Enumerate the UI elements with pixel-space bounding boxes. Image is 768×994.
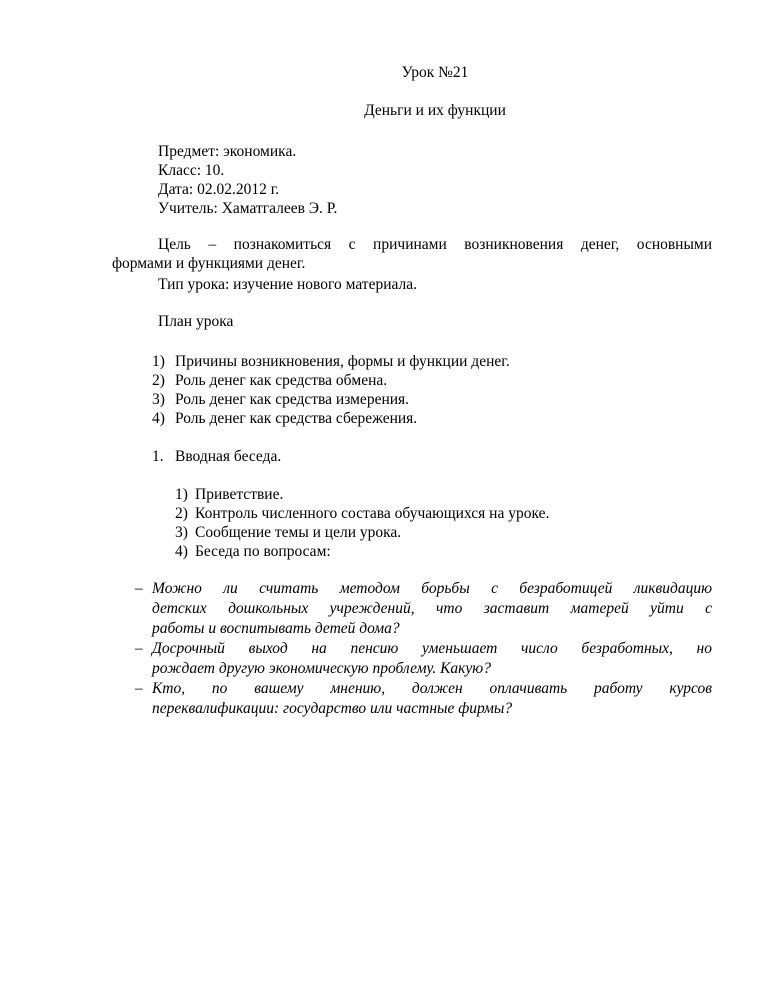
plan-item-text: Роль денег как средства обмена.	[175, 372, 387, 389]
section-heading: 1. Вводная беседа.	[152, 447, 712, 466]
meta-line-date: Дата: 02.02.2012 г.	[112, 180, 712, 199]
question-line: Кто, по вашему мнению, должен оплачивать…	[152, 679, 712, 699]
intro-item: 2) Контроль численного состава обучающих…	[175, 504, 712, 523]
plan-item: 3) Роль денег как средства измерения.	[152, 390, 712, 409]
intro-steps-list: 1) Приветствие. 2) Контроль численного с…	[112, 485, 712, 561]
document-page: Урок №21 Деньги и их функции Предмет: эк…	[0, 0, 768, 994]
questions-list: – Можно ли считать методом борьбы с безр…	[112, 579, 712, 719]
plan-item-text: Роль денег как средства измерения.	[175, 391, 409, 408]
intro-item-text: Приветствие.	[195, 486, 283, 503]
meta-line-teacher: Учитель: Хаматгалеев Э. Р.	[112, 199, 712, 218]
goal-line: формами и функциями денег.	[112, 254, 712, 273]
lesson-title: Урок №21	[112, 63, 712, 82]
lesson-subtitle: Деньги и их функции	[112, 101, 712, 120]
intro-item-text: Контроль численного состава обучающихся …	[195, 505, 549, 522]
question-line: Досрочный выход на пенсию уменьшает числ…	[152, 639, 712, 659]
question-item: – Кто, по вашему мнению, должен оплачива…	[135, 679, 712, 719]
plan-item: 2) Роль денег как средства обмена.	[152, 371, 712, 390]
question-line: переквалификации: государство или частны…	[152, 699, 712, 719]
dash-marker: –	[135, 679, 143, 699]
plan-list: 1) Причины возникновения, формы и функци…	[112, 352, 712, 428]
question-line: детских дошкольных учреждений, что заста…	[152, 599, 712, 619]
plan-item-marker: 3)	[152, 390, 165, 409]
goal-paragraph: Цель – познакомиться с причинами возникн…	[112, 235, 712, 273]
meta-line-class: Класс: 10.	[112, 161, 712, 180]
question-item: – Досрочный выход на пенсию уменьшает чи…	[135, 639, 712, 679]
intro-item-marker: 2)	[175, 504, 188, 523]
plan-item-text: Причины возникновения, формы и функции д…	[175, 353, 510, 370]
meta-block: Предмет: экономика. Класс: 10. Дата: 02.…	[112, 142, 712, 218]
plan-item-marker: 2)	[152, 371, 165, 390]
question-line: Можно ли считать методом борьбы с безраб…	[152, 579, 712, 599]
plan-item: 4) Роль денег как средства сбережения.	[152, 409, 712, 428]
plan-item-marker: 4)	[152, 409, 165, 428]
intro-item: 1) Приветствие.	[175, 485, 712, 504]
plan-item: 1) Причины возникновения, формы и функци…	[152, 352, 712, 371]
intro-item: 3) Сообщение темы и цели урока.	[175, 523, 712, 542]
intro-item-text: Беседа по вопросам:	[195, 543, 331, 560]
plan-item-text: Роль денег как средства сбережения.	[175, 410, 417, 427]
intro-item-marker: 4)	[175, 542, 188, 561]
section-heading-text: Вводная беседа.	[175, 448, 281, 465]
section-heading-marker: 1.	[152, 447, 164, 466]
intro-item: 4) Беседа по вопросам:	[175, 542, 712, 561]
dash-marker: –	[135, 579, 143, 599]
plan-item-marker: 1)	[152, 352, 165, 371]
question-line: работы и воспитывать детей дома?	[152, 619, 712, 639]
question-line: рождает другую экономическую проблему. К…	[152, 659, 712, 679]
intro-item-marker: 3)	[175, 523, 188, 542]
meta-line-subject: Предмет: экономика.	[112, 142, 712, 161]
intro-item-marker: 1)	[175, 485, 188, 504]
question-item: – Можно ли считать методом борьбы с безр…	[135, 579, 712, 639]
plan-heading: План урока	[112, 312, 712, 331]
goal-line: Цель – познакомиться с причинами возникн…	[112, 235, 712, 254]
dash-marker: –	[135, 639, 143, 659]
intro-item-text: Сообщение темы и цели урока.	[195, 524, 401, 541]
lesson-type: Тип урока: изучение нового материала.	[112, 275, 712, 294]
